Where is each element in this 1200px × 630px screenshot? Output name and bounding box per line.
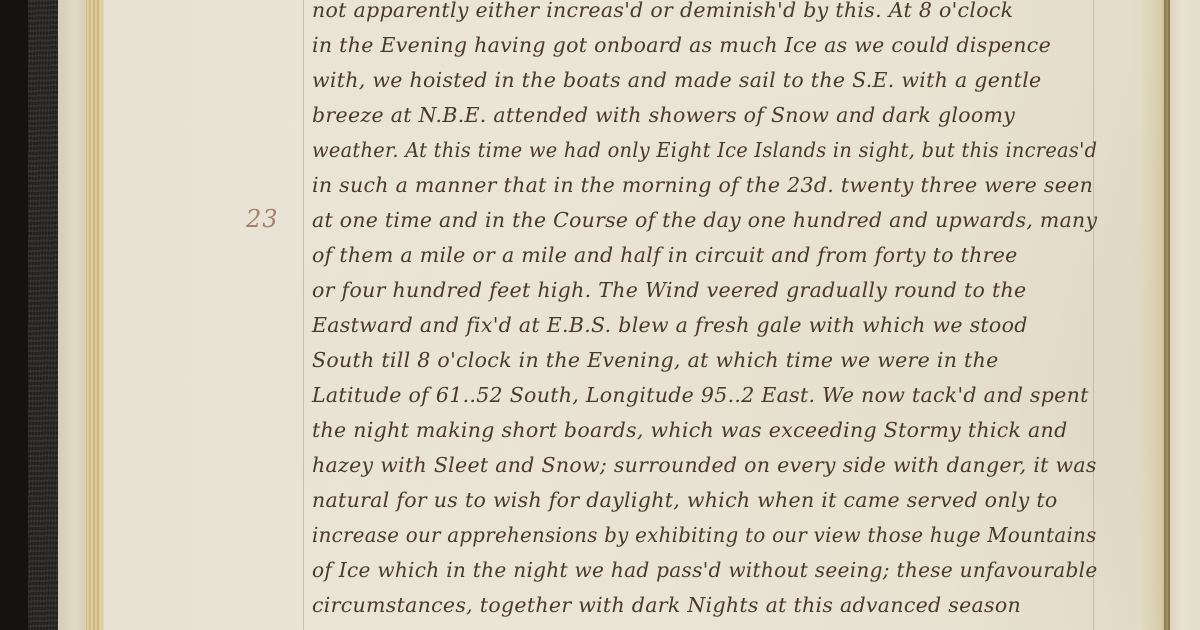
endpaper xyxy=(58,0,86,630)
text-line: Latitude of 61..52 South, Longitude 95..… xyxy=(312,383,1089,407)
text-line: at one time and in the Course of the day… xyxy=(312,208,1097,232)
text-line: increase our apprehensions by exhibiting… xyxy=(312,523,1097,547)
book-cloth-binding xyxy=(28,0,58,630)
text-line: of them a mile or a mile and half in cir… xyxy=(312,243,1018,267)
page-gutter-shadow xyxy=(1140,0,1170,630)
text-line: of Ice which in the night we had pass'd … xyxy=(312,558,1098,582)
book-cover-edge xyxy=(0,0,28,630)
left-margin-rule xyxy=(303,0,304,630)
text-line: natural for us to wish for daylight, whi… xyxy=(312,488,1058,512)
text-line: breeze at N.B.E. attended with showers o… xyxy=(312,103,1015,127)
text-line: or four hundred feet high. The Wind veer… xyxy=(312,278,1026,302)
text-line: not apparently either increas'd or demin… xyxy=(312,0,1013,22)
margin-date-note: 23 xyxy=(246,205,279,233)
text-line: Eastward and fix'd at E.B.S. blew a fres… xyxy=(312,313,1028,337)
facing-page-edge xyxy=(1170,0,1200,630)
text-line: hazey with Sleet and Snow; surrounded on… xyxy=(312,453,1097,477)
text-line: in such a manner that in the morning of … xyxy=(312,173,1093,197)
text-line: with, we hoisted in the boats and made s… xyxy=(312,68,1042,92)
text-line: circumstances, together with dark Nights… xyxy=(312,593,1021,617)
text-line: weather. At this time we had only Eight … xyxy=(312,138,1097,162)
text-line: South till 8 o'clock in the Evening, at … xyxy=(312,348,999,372)
text-line: the night making short boards, which was… xyxy=(312,418,1068,442)
page-edges-gilt xyxy=(86,0,104,630)
text-line: in the Evening having got onboard as muc… xyxy=(312,33,1051,57)
manuscript-scan: 23 not apparently either increas'd or de… xyxy=(0,0,1200,630)
